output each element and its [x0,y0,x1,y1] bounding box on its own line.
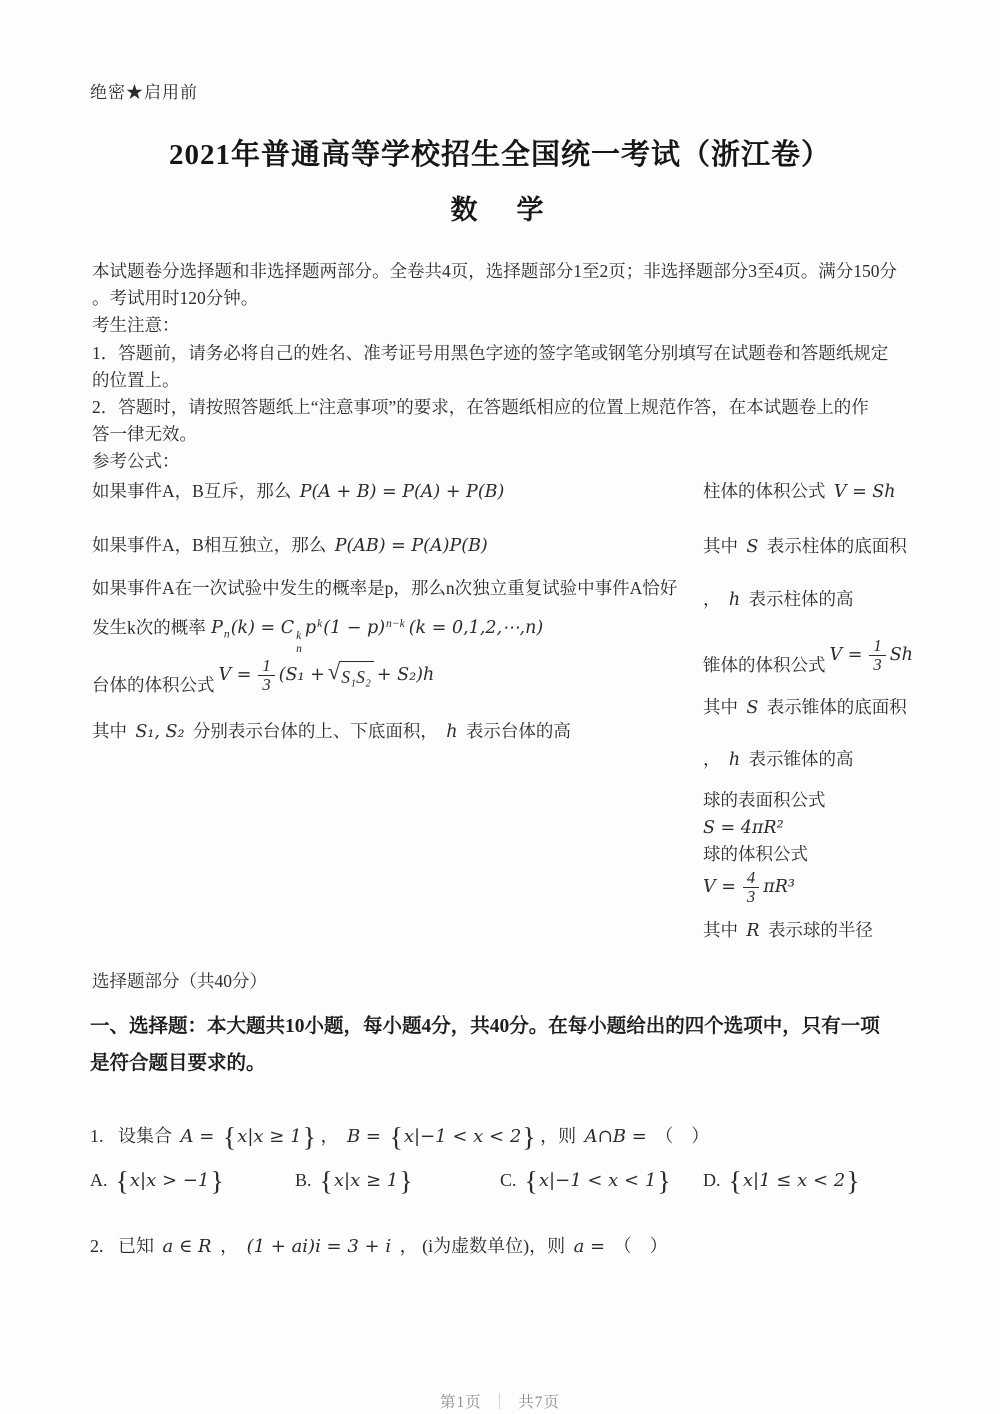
intro-line: 的位置上。 [92,367,897,394]
formula-expression: P(A + B) = P(A) + P(B) [300,482,505,502]
formula-independent: 如果事件A，B相互独立，那么 P(AB) = P(A)P(B) [92,532,492,559]
intro-line: 本试题卷分选择题和非选择题两部分。全卷共4页，选择题部分1至2页；非选择题部分3… [92,258,897,285]
right-brace: } [399,1166,412,1197]
question-1: 1. 设集合 A = {x|x ≥ 1} ， B = {x|−1 < x < 2… [90,1122,709,1152]
formula-cone: 锥体的体积公式 V = 13 Sh [703,632,963,678]
formula-label: 柱体的体积公式 [703,481,826,501]
formula-frustum-note: 其中 S₁, S₂ 分别表示台体的上、下底面积， h 表示台体的高 [92,718,571,745]
fraction: 43 [743,869,759,905]
formula-expression: V = Sh [834,482,896,502]
intro-line: 答一律无效。 [92,421,897,448]
formula-label: 如果事件A，B相互独立，那么 [92,535,326,555]
intro-line: 。考试用时120分钟。 [92,285,897,312]
intro-line: 2．答题时，请按照答题纸上“注意事项”的要求，在答题纸相应的位置上规范作答，在本… [92,394,897,421]
option-c: C.{x|−1 < x < 1} [500,1168,671,1196]
left-brace: { [116,1166,129,1197]
formula-label: 台体的体积公式 [92,672,215,698]
option-letter: A. [90,1170,108,1190]
option-a: A.{x|x > −1} [90,1168,224,1196]
right-brace: } [846,1166,859,1197]
intro-line: 参考公式： [92,448,897,475]
formula-sphere-volume: V = 43 πR³ [703,864,963,910]
exam-page: 绝密★启用前 2021年普通高等学校招生全国统一考试（浙江卷） 数 学 本试题卷… [0,0,1000,1414]
formula-label: 锥体的体积公式 [703,652,826,678]
exam-title: 2021年普通高等学校招生全国统一考试（浙江卷） [0,132,1000,173]
formula-cylinder-note2: ， h 表示柱体的高 [703,586,963,613]
square-root: √S₁S₂ [328,661,374,690]
right-brace: } [522,1122,535,1153]
option-letter: B. [295,1170,312,1190]
intro-line: 1．答题前，请务必将自己的姓名、准考证号用黑色字迹的签字笔或钢笔分别填写在试题卷… [92,340,897,367]
section-choice-label: 选择题部分（共40分） [92,968,267,993]
left-brace: { [223,1122,236,1153]
question-number: 1. [90,1126,104,1146]
formula-sphere-note: 其中 R 表示球的半径 [703,917,963,944]
left-brace: { [320,1166,333,1197]
footer-page-number: 第1页 [440,1394,482,1411]
formula-sphere-surface-label: 球的表面积公式 [703,787,963,813]
footer-total-pages: 共7页 [518,1394,560,1411]
intro-paragraph: 本试题卷分选择题和非选择题两部分。全卷共4页，选择题部分1至2页；非选择题部分3… [92,258,897,476]
instruction-line: 是符合题目要求的。 [90,1045,880,1082]
formula-cone-note1: 其中 S 表示锥体的底面积 [703,694,963,721]
formula-cone-note2: ， h 表示锥体的高 [703,746,963,773]
page-footer: 第1页｜共7页 [0,1390,1000,1412]
option-letter: D. [703,1170,721,1190]
instruction-line: 一、选择题：本大题共10小题，每小题4分，共40分。在每小题给出的四个选项中，只… [90,1008,880,1045]
section-instruction: 一、选择题：本大题共10小题，每小题4分，共40分。在每小题给出的四个选项中，只… [90,1008,880,1082]
right-brace: } [303,1122,316,1153]
intro-line: 考生注意： [92,312,897,339]
formula-bernoulli: 发生k次的概率 Pn(k) = Cknpk(1 − p)n−k(k = 0,1,… [92,611,547,656]
exam-subject: 数 学 [0,188,1000,227]
formula-frustum: 台体的体积公式 V = 13 (S₁ + √S₁S₂ + S₂)h [92,652,435,698]
option-letter: C. [500,1170,517,1190]
security-label: 绝密★启用前 [90,78,198,103]
question-1-options: A.{x|x > −1} B.{x|x ≥ 1} C.{x|−1 < x < 1… [0,1168,1000,1208]
question-2: 2. 已知 a ∈ R ， (1 + ai)i = 3 + i ， (i为虚数单… [90,1232,668,1258]
formula-bernoulli-text: 如果事件A在一次试验中发生的概率是p，那么n次独立重复试验中事件A恰好 [92,575,677,601]
formula-sphere-surface: S = 4πR² [703,814,963,841]
right-brace: } [657,1166,670,1197]
formula-cylinder-note1: 其中 S 表示柱体的底面积 [703,533,963,560]
formula-mutually-exclusive: 如果事件A，B互斥，那么 P(A + B) = P(A) + P(B) [92,478,508,505]
question-number: 2. [90,1236,104,1256]
fraction: 13 [869,637,885,673]
formula-expression: P(AB) = P(A)P(B) [335,536,488,556]
left-brace: { [729,1166,742,1197]
formula-label: 如果事件A，B互斥，那么 [92,481,291,501]
footer-separator: ｜ [492,1394,509,1411]
formula-cylinder: 柱体的体积公式 V = Sh [703,478,963,505]
option-d: D.{x|1 ≤ x < 2} [703,1168,860,1196]
left-brace: { [389,1122,402,1153]
right-brace: } [210,1166,223,1197]
formula-label: 发生k次的概率 [92,617,206,637]
fraction: 13 [258,657,274,693]
radical-sign: √ [328,661,341,683]
left-brace: { [525,1166,538,1197]
option-b: B.{x|x ≥ 1} [295,1168,413,1196]
